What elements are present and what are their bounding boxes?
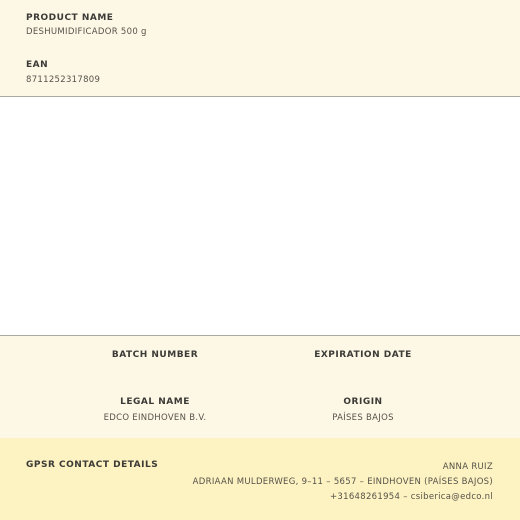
- product-name-label: PRODUCT NAME: [26, 13, 113, 23]
- origin-value: PAÍSES BAJOS: [263, 413, 463, 423]
- ean-value: 8711252317809: [26, 75, 100, 85]
- details-section: BATCH NUMBER EXPIRATION DATE LEGAL NAME …: [0, 335, 520, 439]
- gpsr-section: GPSR CONTACT DETAILS ANNA RUIZ ADRIAAN M…: [0, 438, 520, 520]
- ean-label: EAN: [26, 60, 48, 70]
- product-info-section: PRODUCT NAME DESHUMIDIFICADOR 500 g EAN …: [0, 0, 520, 97]
- contact-phone-email: +31648261954 – csiberica@edco.nl: [193, 490, 493, 505]
- expiration-date-label: EXPIRATION DATE: [263, 350, 463, 360]
- gpsr-contact: ANNA RUIZ ADRIAAN MULDERWEG, 9–11 – 5657…: [193, 460, 493, 505]
- expiration-date-field: EXPIRATION DATE: [263, 350, 463, 366]
- gpsr-label: GPSR CONTACT DETAILS: [26, 460, 158, 470]
- legal-name-value: EDCO EINDHOVEN B.V.: [55, 413, 255, 423]
- contact-name: ANNA RUIZ: [193, 460, 493, 475]
- batch-number-field: BATCH NUMBER: [55, 350, 255, 366]
- contact-address: ADRIAAN MULDERWEG, 9–11 – 5657 – EINDHOV…: [193, 475, 493, 490]
- batch-number-label: BATCH NUMBER: [55, 350, 255, 360]
- product-name-value: DESHUMIDIFICADOR 500 g: [26, 27, 147, 37]
- legal-name-field: LEGAL NAME EDCO EINDHOVEN B.V.: [55, 397, 255, 423]
- image-area: [0, 97, 520, 335]
- origin-label: ORIGIN: [263, 397, 463, 407]
- origin-field: ORIGIN PAÍSES BAJOS: [263, 397, 463, 423]
- legal-name-label: LEGAL NAME: [55, 397, 255, 407]
